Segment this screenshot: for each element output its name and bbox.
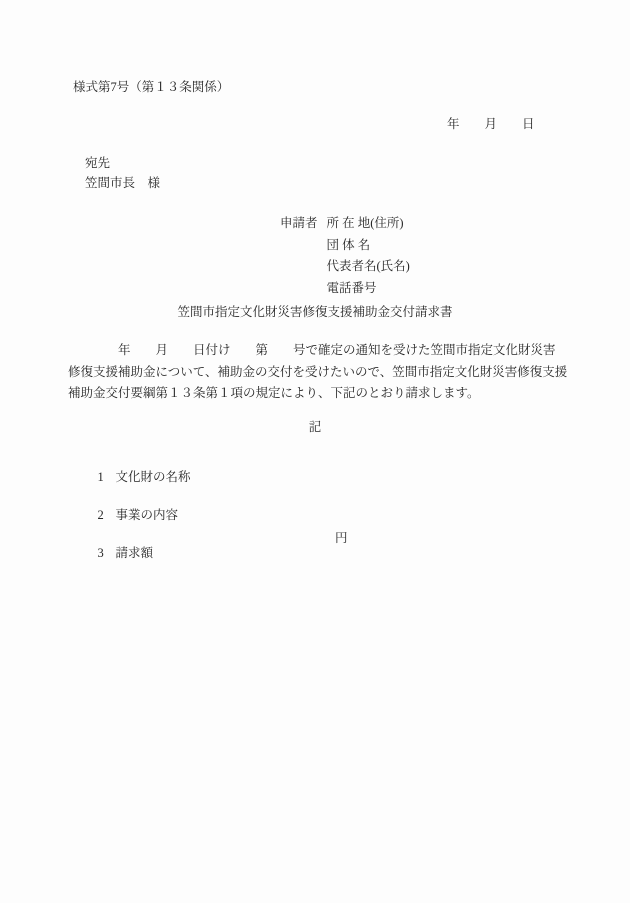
- body-line: 修復支援補助金について、補助金の交付を受けたいので、笠間市指定文化財災害修復支援: [68, 362, 568, 384]
- applicant-block: 申請者 所 在 地(住所) 団 体 名 代表者名(氏名) 電話番号: [280, 213, 410, 300]
- recipient-name: 笠間市長 様: [85, 176, 160, 191]
- applicant-field-address: 所 在 地(住所): [327, 213, 410, 235]
- body-paragraph: 年 月 日付け 第 号で確定の通知を受けた笠間市指定文化財災害 修復支援補助金に…: [68, 340, 568, 405]
- note-heading: 記: [0, 417, 630, 435]
- applicant-field-representative-name: 代表者名(氏名): [327, 256, 410, 278]
- applicant-field-phone-number: 電話番号: [327, 278, 410, 300]
- body-line: 年 月 日付け 第 号で確定の通知を受けた笠間市指定文化財災害: [68, 340, 568, 362]
- item-number: 2: [98, 508, 116, 523]
- applicant-fields: 所 在 地(住所) 団 体 名 代表者名(氏名) 電話番号: [327, 213, 410, 300]
- body-line: 補助金交付要綱第１３条第１項の規定により、下記のとおり請求します。: [68, 383, 568, 405]
- date-line: 年 月 日: [447, 117, 535, 132]
- item-label: 事業の内容: [116, 508, 179, 522]
- applicant-label: 申請者: [280, 213, 318, 235]
- document-title: 笠間市指定文化財災害修復支援補助金交付請求書: [0, 302, 630, 320]
- yen-unit-label: 円: [335, 528, 348, 546]
- applicant-field-organization-name: 団 体 名: [327, 235, 410, 257]
- document-page: 様式第7号（第１３条関係） 年 月 日 宛先 笠間市長 様 申請者 所 在 地(…: [0, 0, 630, 903]
- addressee-label: 宛先: [85, 156, 110, 171]
- item-number: 3: [98, 546, 116, 561]
- item-label: 文化財の名称: [116, 470, 191, 484]
- list-item-requested-amount: 3請求額 円: [85, 528, 153, 591]
- item-label: 請求額: [116, 546, 154, 560]
- item-number: 1: [98, 470, 116, 485]
- form-number: 様式第7号（第１３条関係）: [73, 80, 229, 95]
